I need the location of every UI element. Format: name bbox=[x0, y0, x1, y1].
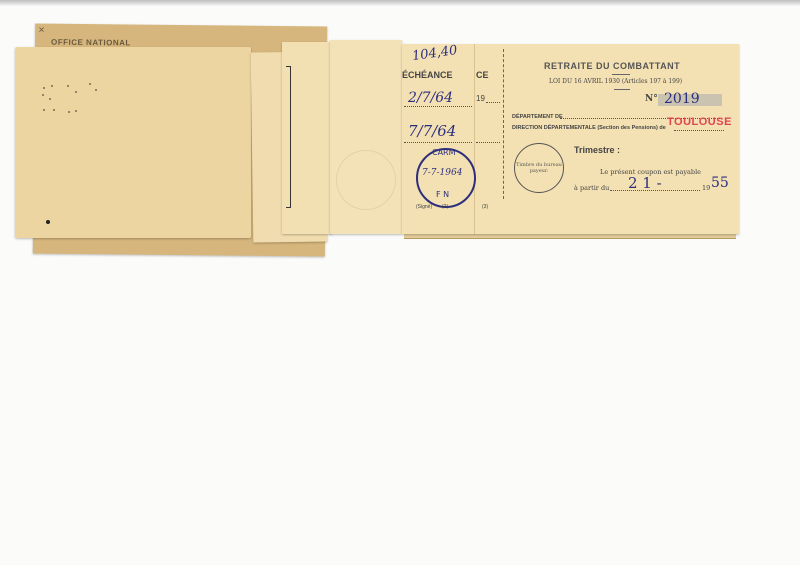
coupon-number: 2019 bbox=[664, 91, 700, 107]
perforation-line bbox=[503, 49, 504, 199]
torn-stub-3 bbox=[330, 40, 402, 234]
toulouse-stamp: TOULOUSE bbox=[667, 116, 732, 128]
ce-label: CE bbox=[476, 70, 489, 80]
from-label: à partir du bbox=[574, 184, 609, 192]
office-national-label: OFFICE NATIONAL bbox=[51, 38, 131, 48]
date-handwritten-2: 7/7/64 bbox=[408, 122, 456, 140]
echeance-label: ÉCHÉANCE bbox=[402, 70, 453, 80]
date-handwritten-1: 2/7/64 bbox=[408, 90, 453, 106]
trimestre-label: Trimestre : bbox=[574, 145, 620, 155]
postmark-stamp: CARM 7-7-1964 F N bbox=[416, 148, 476, 208]
torn-stub-2 bbox=[282, 42, 332, 234]
law-reference: LOI DU 16 AVRIL 1930 (Articles 197 à 199… bbox=[549, 78, 682, 85]
payable-date: 2 1 - bbox=[628, 174, 662, 192]
coupon-title: RETRAITE DU COMBATTANT bbox=[544, 61, 680, 71]
coupon-stub: 104,40 ÉCHÉANCE 2/7/64 7/7/64 CARM 7-7-1… bbox=[402, 44, 475, 234]
direction-label: DIRECTION DÉPARTEMENTALE (Section des Pe… bbox=[512, 125, 666, 131]
front-cover bbox=[15, 47, 251, 238]
scanner-edge-shadow bbox=[0, 0, 800, 6]
payable-year: 55 bbox=[711, 175, 729, 191]
corner-mark: ✕ bbox=[38, 26, 45, 35]
department-label: DÉPARTEMENT DE bbox=[512, 114, 563, 120]
faded-stamp bbox=[336, 150, 396, 210]
paying-office-stamp-circle: Timbre du bureau payeur. bbox=[514, 143, 564, 193]
bracket-mark bbox=[286, 66, 291, 208]
punch-hole bbox=[46, 220, 50, 224]
coupon: 104,40 ÉCHÉANCE 2/7/64 7/7/64 CARM 7-7-1… bbox=[402, 44, 739, 234]
amount-handwritten: 104,40 bbox=[411, 43, 458, 64]
